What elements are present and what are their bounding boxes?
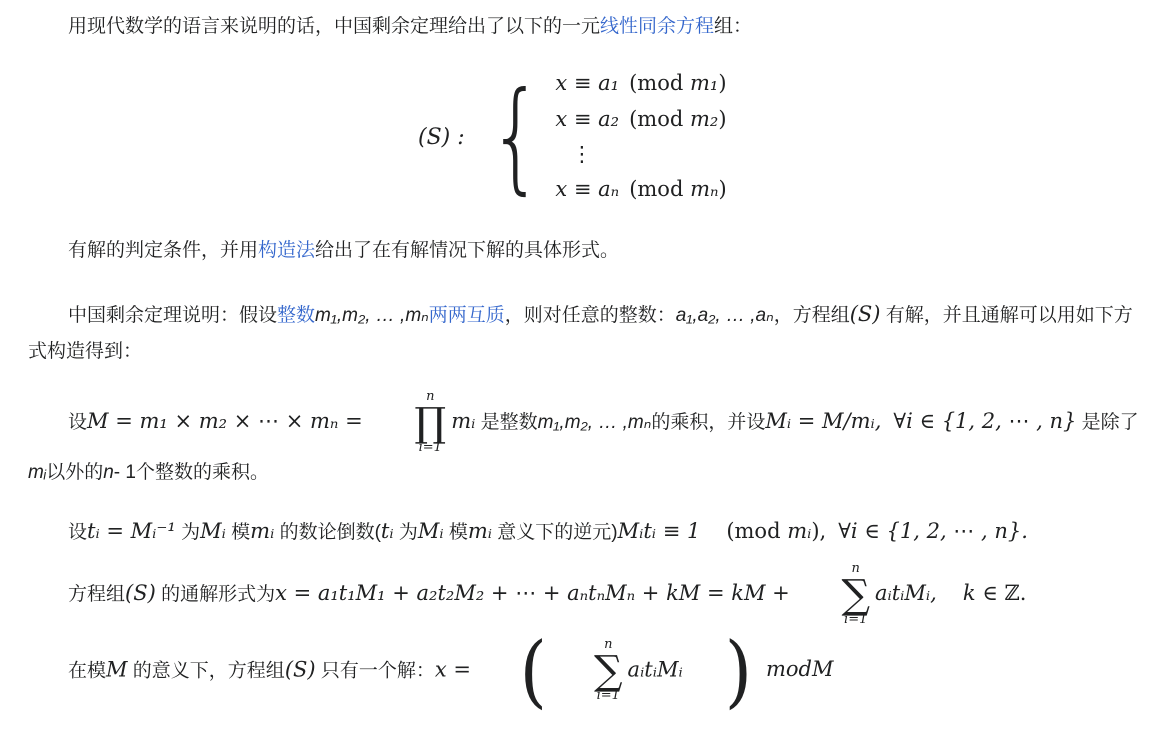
mod-variable: m₂ [690,107,718,131]
link-constructive-method[interactable]: 构造法 [258,240,315,261]
sum-operator: n∑i=1 [554,638,623,704]
intro-text: 用现代数学的语言来说明的话，中国剩余定理给出了以下的一元 [68,16,600,37]
forall-clause: ∀i ∈ {1, 2, ⋯ , n}. [838,519,1028,543]
left-brace: { [489,77,544,197]
equation-lhs: x ≡ a₁ [555,71,619,95]
text: 为 [394,522,418,543]
sum-symbol: ∑ [801,577,870,613]
text: 设 [68,522,87,543]
forall-clause: ∀i ∈ {1, 2, ⋯ , n} [893,409,1076,433]
integer-set-clause: ∈ ℤ. [976,581,1027,605]
text: 为 [176,522,200,543]
moduli-variables: m₁,m₂, … ,mₙ [315,305,429,326]
mod-open: (mod [629,107,690,131]
mod-variable: m₁ [690,71,718,95]
lower-limit: i=1 [804,613,867,628]
text: 是除了 [1076,412,1138,433]
t-i: tᵢ [381,519,394,543]
product-formula: M = m₁ × m₂ × ⋯ × mₙ = [87,409,369,433]
text: 只有一个解： [316,660,435,681]
left-paren: ( [480,634,547,708]
text: 的乘积，并设 [651,412,765,433]
text: 有解的判定条件，并用 [68,240,258,261]
n-variable: n [103,462,114,483]
k-variable: k [963,581,976,605]
big-m: M [106,657,128,681]
text: 以外的 [46,462,103,483]
paragraph-product-definition: 设M = m₁ × m₂ × ⋯ × mₙ = n∏i=1mᵢ 是整数m₁,m₂… [28,390,1149,490]
product-term: mᵢ [451,409,475,433]
text: 意义下的逆元) [492,522,618,543]
system-symbol: (S) [285,657,316,681]
equation-row-2: x ≡ a₂(mod m₂) [555,102,726,138]
text: 中国剩余定理说明：假设 [68,305,277,326]
text: - 1个整数的乘积。 [114,462,269,483]
text: 的意义下，方程组 [128,660,285,681]
lower-limit: i=1 [379,441,442,456]
text: 的数论倒数( [274,522,381,543]
product-operator: n∏i=1 [374,390,446,456]
system-symbol: (S) [125,581,156,605]
system-symbol: (S) [850,302,881,326]
text: 在模 [68,660,106,681]
mod-open: (mod [629,71,690,95]
moduli-variables: m₁,m₂, … ,mₙ [538,412,652,433]
equation-lhs: x ≡ a₂ [555,107,619,131]
mod-variable: mᵢ [787,519,811,543]
paragraph-general-solution: 方程组(S) 的通解形式为x = a₁t₁M₁ + a₂t₂M₂ + ⋯ + a… [28,562,1149,628]
congruence-formula: Mᵢtᵢ ≡ 1 [618,519,701,543]
small-m-i: mᵢ [468,519,492,543]
mod-open: (mod [629,177,690,201]
inverse-formula: tᵢ = Mᵢ⁻¹ [87,519,176,543]
text: 模 [444,522,468,543]
intro-text-tail: 组： [714,16,752,37]
text: 给出了在有解情况下解的具体形式。 [315,240,619,261]
solution-lhs: x = [435,657,478,681]
mod-open: (mod [726,519,787,543]
equation-column: x ≡ a₁(mod m₁) x ≡ a₂(mod m₂) ⋮ x ≡ aₙ(m… [555,66,726,208]
sum-symbol: ∑ [554,653,623,689]
right-paren: ) [685,634,752,708]
equation-lhs: x ≡ aₙ [555,177,619,201]
text: 是整数 [475,412,537,433]
small-m-i: mᵢ [250,519,274,543]
equation-system: (S) : { x ≡ a₁(mod m₁) x ≡ a₂(mod m₂) ⋮ … [418,66,1149,208]
text: 方程组 [68,584,125,605]
system-label: (S) : [418,125,465,150]
equation-row-n: x ≡ aₙ(mod mₙ) [555,172,726,208]
dots-glyph: ⋮ [571,142,592,166]
link-pairwise-coprime[interactable]: 两两互质 [429,305,505,326]
mod-close: ), [811,519,826,543]
mod-close: ) [718,71,726,95]
text: ，方程组 [774,305,850,326]
text: 设 [68,412,87,433]
link-integer[interactable]: 整数 [277,305,315,326]
mod-variable: mₙ [690,177,718,201]
text: ，则对任意的整数： [505,305,676,326]
link-linear-congruence[interactable]: 线性同余方程 [600,16,714,37]
text: 的通解形式为 [156,584,275,605]
product-symbol: ∏ [374,405,446,441]
partial-product-formula: Mᵢ = M/mᵢ, [765,409,881,433]
sum-term: aᵢtᵢMᵢ [628,657,683,681]
vertical-dots: ⋮ [555,138,726,172]
lower-limit: i=1 [557,689,620,704]
mod-close: ) [718,107,726,131]
article-body: 用现代数学的语言来说明的话，中国剩余定理给出了以下的一元线性同余方程组： (S)… [0,0,1171,704]
mod-close: ) [719,177,727,201]
paragraph-inverse-definition: 设tᵢ = Mᵢ⁻¹ 为Mᵢ 模mᵢ 的数论倒数(tᵢ 为Mᵢ 模mᵢ 意义下的… [28,514,1149,550]
sum-operator: n∑i=1 [801,562,870,628]
remainder-variables: a₁,a₂, … ,aₙ [676,305,774,326]
general-solution-formula: x = a₁t₁M₁ + a₂t₂M₂ + ⋯ + aₙtₙMₙ + kM = … [275,581,796,605]
equation-row-1: x ≡ a₁(mod m₁) [555,66,726,102]
paragraph-unique-solution: 在模M 的意义下，方程组(S) 只有一个解：x = (n∑i=1aᵢtᵢMᵢ)m… [28,638,1149,705]
mod-m-tail: modM [766,657,834,681]
paragraph-solvability: 有解的判定条件，并用构造法给出了在有解情况下解的具体形式。 [28,234,1149,268]
modulus-variable: mᵢ [28,462,46,483]
big-m-i: Mᵢ [418,519,444,543]
sum-term: aᵢtᵢMᵢ, [875,581,937,605]
paragraph-statement: 中国剩余定理说明：假设整数m₁,m₂, … ,mₙ两两互质，则对任意的整数：a₁… [28,296,1149,370]
big-m-i: Mᵢ [200,519,226,543]
text: 模 [226,522,250,543]
paragraph-intro: 用现代数学的语言来说明的话，中国剩余定理给出了以下的一元线性同余方程组： [28,10,1149,44]
